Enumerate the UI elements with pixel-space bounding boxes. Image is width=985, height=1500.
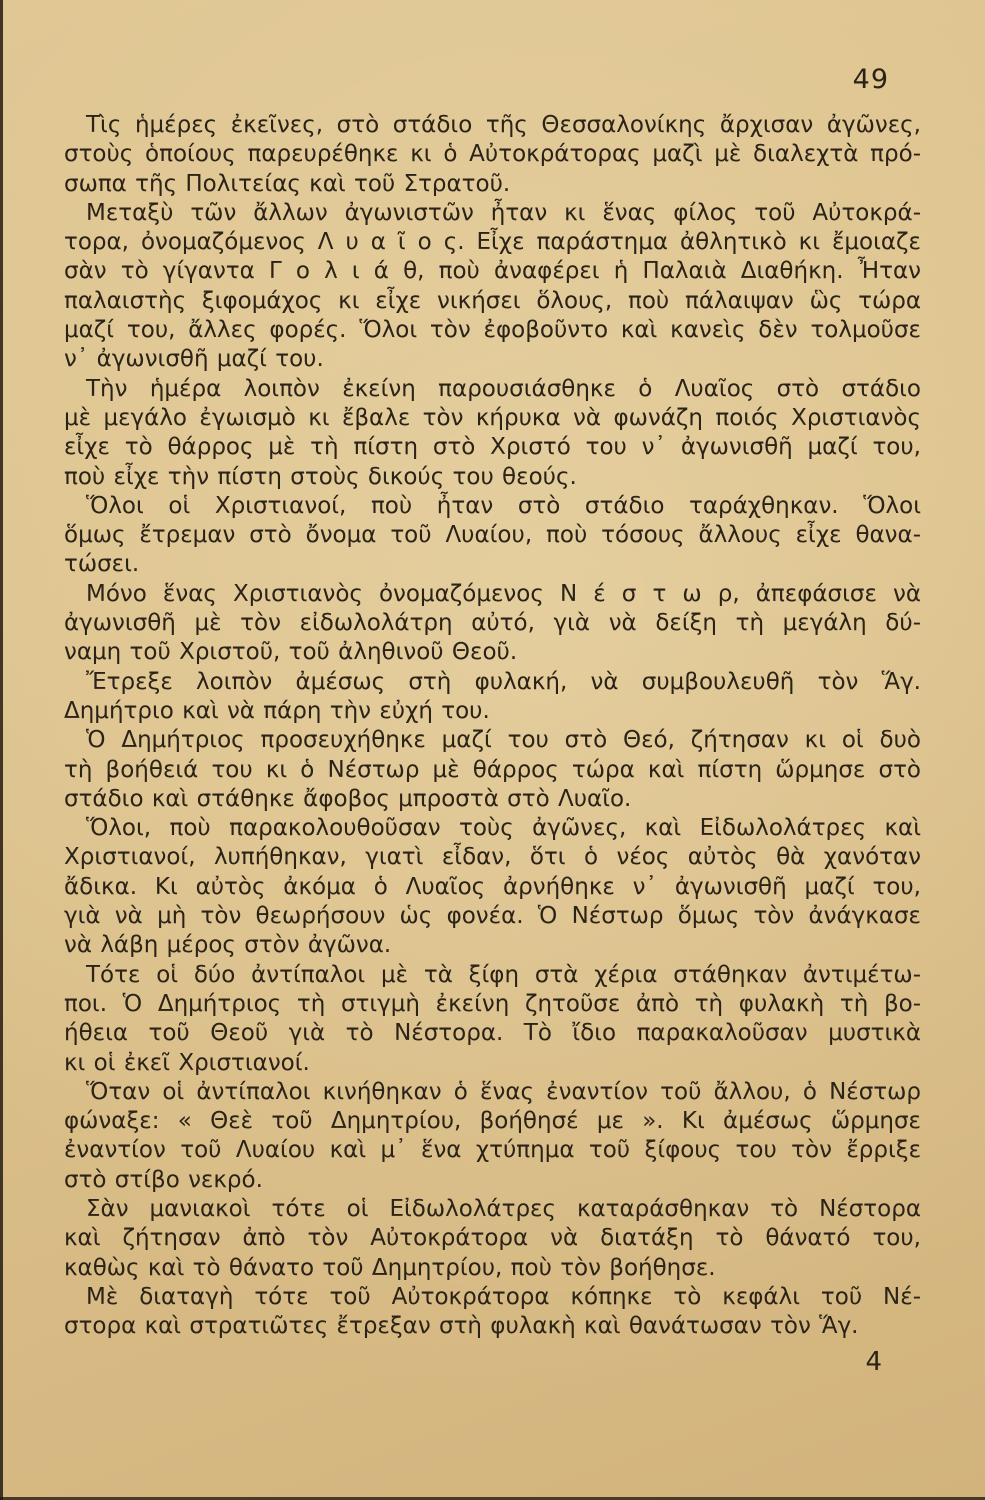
signature-number: 4 [865, 1347, 882, 1377]
text-line: ὅμως ἔτρεμαν στὸ ὄνομα τοῦ Λυαίου, ποὺ τ… [64, 521, 921, 550]
text-line: ἄδικα. Κι αὐτὸς ἀκόμα ὁ Λυαῖος ἀρνήθηκε … [64, 873, 921, 902]
text-line: καὶ ζήτησαν ἀπὸ τὸν Αὐτοκράτορα νὰ διατά… [64, 1224, 921, 1253]
paragraph: Ὅλοι, ποὺ παρακολουθοῦσαν τοὺς ἀγῶνες, κ… [64, 814, 921, 960]
text-line: στὸ στίβο νεκρό. [64, 1166, 921, 1195]
text-line: καθὼς καὶ τὸ θάνατο τοῦ Δημητρίου, ποὺ τ… [64, 1254, 921, 1283]
paragraph: Μεταξὺ τῶν ἄλλων ἀγωνιστῶν ἦταν κι ἕνας … [64, 199, 921, 375]
text-line: εἶχε τὸ θάρρος μὲ τὴ πίστη στὸ Χριστό το… [64, 433, 921, 462]
text-line: Ἔτρεξε λοιπὸν ἀμέσως στὴ φυλακή, νὰ συμβ… [64, 668, 921, 697]
text-line: Τὴν ἡμέρα λοιπὸν ἐκείνη παρουσιάσθηκε ὁ … [64, 375, 921, 404]
text-line: στορα καὶ στρατιῶτες ἔτρεξαν στὴ φυλακὴ … [64, 1312, 921, 1341]
text-line: κι οἱ ἐκεῖ Χριστιανοί. [64, 1049, 921, 1078]
text-line: ἀγωνισθῆ μὲ τὸν εἰδωλολάτρη αὐτό, γιὰ νὰ… [64, 609, 921, 638]
paragraph: Μόνο ἕνας Χριστιανὸς ὀνομαζόμενος Ν έ σ … [64, 580, 921, 668]
paragraph: Μὲ διαταγὴ τότε τοῦ Αὐτοκράτορα κόπηκε τ… [64, 1283, 921, 1342]
text-line: Μὲ διαταγὴ τότε τοῦ Αὐτοκράτορα κόπηκε τ… [64, 1283, 921, 1312]
text-block: Τὶς ἡμέρες ἐκεῖνες, στὸ στάδιο τῆς Θεσσα… [64, 111, 921, 1341]
text-line: γιὰ νὰ μὴ τὸν θεωρήσουν ὡς φονέα. Ὁ Νέστ… [64, 902, 921, 931]
page-number: 49 [853, 64, 889, 95]
paragraph: Ὅλοι οἱ Χριστιανοί, ποὺ ἦταν στὸ στάδιο … [64, 492, 921, 580]
text-line: παλαιστὴς ξιφομάχος κι εἶχε νικήσει ὅλου… [64, 287, 921, 316]
paragraph: Τὶς ἡμέρες ἐκεῖνες, στὸ στάδιο τῆς Θεσσα… [64, 111, 921, 199]
paragraph: Σὰν μανιακοὶ τότε οἱ Εἰδωλολάτρες καταρά… [64, 1195, 921, 1283]
text-line: τὴ βοήθειά του κι ὁ Νέστωρ μὲ θάρρος τώρ… [64, 756, 921, 785]
text-line: Μεταξὺ τῶν ἄλλων ἀγωνιστῶν ἦταν κι ἕνας … [64, 199, 921, 228]
text-line: Ὅλοι, ποὺ παρακολουθοῦσαν τοὺς ἀγῶνες, κ… [64, 814, 921, 843]
text-line: Ὅλοι οἱ Χριστιανοί, ποὺ ἦταν στὸ στάδιο … [64, 492, 921, 521]
text-line: τώσει. [64, 550, 921, 579]
paragraph: Τότε οἱ δύο ἀντίπαλοι μὲ τὰ ξίφη στὰ χέρ… [64, 961, 921, 1078]
text-line: Ὁ Δημήτριος προσευχήθηκε μαζί του στὸ Θε… [64, 726, 921, 755]
text-line: φώναξε: « Θεὲ τοῦ Δημητρίου, βοήθησέ με … [64, 1107, 921, 1136]
text-line: ναμη τοῦ Χριστοῦ, τοῦ ἀληθινοῦ Θεοῦ. [64, 638, 921, 667]
text-line: Μόνο ἕνας Χριστιανὸς ὀνομαζόμενος Ν έ σ … [64, 580, 921, 609]
text-line: σὰν τὸ γίγαντα Γ ο λ ι ά θ, ποὺ ἀναφέρει… [64, 257, 921, 286]
text-line: Χριστιανοί, λυπήθηκαν, γιατὶ εἶδαν, ὅτι … [64, 843, 921, 872]
text-line: στάδιο καὶ στάθηκε ἄφοβος μπροστὰ στὸ Λυ… [64, 785, 921, 814]
text-line: νὰ λάβη μέρος στὸν ἀγῶνα. [64, 931, 921, 960]
text-line: ποι. Ὁ Δημήτριος τὴ στιγμὴ ἐκείνη ζητοῦσ… [64, 990, 921, 1019]
paragraph: Ἔτρεξε λοιπὸν ἀμέσως στὴ φυλακή, νὰ συμβ… [64, 668, 921, 727]
scan-edge-left [0, 0, 3, 1500]
text-line: μὲ μεγάλο ἐγωισμὸ κι ἔβαλε τὸν κήρυκα νὰ… [64, 404, 921, 433]
paragraph: Ὅταν οἱ ἀντίπαλοι κινήθηκαν ὁ ἕνας ἐναντ… [64, 1078, 921, 1195]
text-line: ποὺ εἶχε τὴν πίστη στοὺς δικούς του θεού… [64, 463, 921, 492]
text-line: Ὅταν οἱ ἀντίπαλοι κινήθηκαν ὁ ἕνας ἐναντ… [64, 1078, 921, 1107]
text-line: Σὰν μανιακοὶ τότε οἱ Εἰδωλολάτρες καταρά… [64, 1195, 921, 1224]
paragraph: Τὴν ἡμέρα λοιπὸν ἐκείνη παρουσιάσθηκε ὁ … [64, 375, 921, 492]
text-line: σωπα τῆς Πολιτείας καὶ τοῦ Στρατοῦ. [64, 170, 921, 199]
text-line: τορα, ὀνομαζόμενος Λ υ α ῖ ο ς. Εἶχε παρ… [64, 228, 921, 257]
text-line: στοὺς ὁποίους παρευρέθηκε κι ὁ Αὐτοκράτο… [64, 140, 921, 169]
paragraph: Ὁ Δημήτριος προσευχήθηκε μαζί του στὸ Θε… [64, 726, 921, 814]
text-line: ήθεια τοῦ Θεοῦ γιὰ τὸ Νέστορα. Τὸ ἴδιο π… [64, 1019, 921, 1048]
text-line: ἐναντίον τοῦ Λυαίου καὶ μ᾿ ἕνα χτύπημα τ… [64, 1136, 921, 1165]
book-page: 49 Τὶς ἡμέρες ἐκεῖνες, στὸ στάδιο τῆς Θε… [0, 0, 985, 1500]
text-line: Τότε οἱ δύο ἀντίπαλοι μὲ τὰ ξίφη στὰ χέρ… [64, 961, 921, 990]
text-line: Τὶς ἡμέρες ἐκεῖνες, στὸ στάδιο τῆς Θεσσα… [64, 111, 921, 140]
text-line: μαζί του, ἄλλες φορές. Ὅλοι τὸν ἐφοβοῦντ… [64, 316, 921, 345]
text-line: Δημήτριο καὶ νὰ πάρη τὴν εὐχή του. [64, 697, 921, 726]
text-line: ν᾿ ἀγωνισθῆ μαζί του. [64, 345, 921, 374]
